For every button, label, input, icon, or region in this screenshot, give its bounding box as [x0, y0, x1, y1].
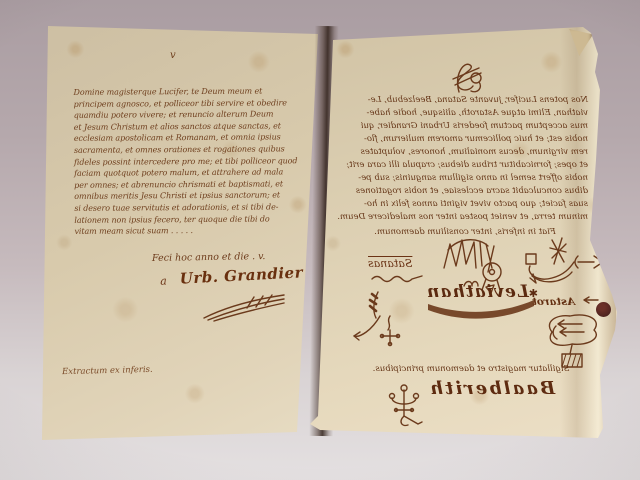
urbain-grandier-signature: Urb. Grandier — [179, 263, 303, 287]
text-line: suas faciet; quo pacto vivet viginti ann… — [342, 198, 588, 211]
satanas-script: Satanas — [368, 257, 412, 270]
lucifer-swoosh-sigil-icon — [350, 286, 414, 350]
dateline: Feci hoc anno et die . v. — [152, 251, 266, 264]
text-line: rem virginum, decus monialium, honores, … — [342, 146, 588, 159]
signature-prefix: a — [160, 274, 167, 287]
leviathan-signature: Leviathan✱ — [426, 282, 538, 316]
right-page-demon-pact: Nos potens Lucifer, juvante Satana, Beel… — [308, 24, 620, 446]
text-line: si desero tuae servitutis et adorationis… — [74, 201, 312, 214]
pact-latin-text: Domine magisterque Lucifer, te Deum meum… — [73, 85, 312, 237]
registrar-line: Sigillatur magistro et daemonum principi… — [356, 364, 586, 374]
signature-row: a Urb. Grandier — [160, 262, 304, 288]
signature-flourish-icon — [202, 292, 288, 322]
text-line: Nos potens Lucifer, juvante Satana, Beel… — [342, 94, 588, 107]
astaroth-signature: Astarot — [532, 290, 600, 309]
text-line: nobis offert semel in anno sigillum sang… — [342, 172, 588, 185]
satanas-signature: Satanas — [368, 252, 426, 285]
text-line: dibus conculcabit sacra ecclesiae, et no… — [342, 185, 588, 198]
folded-corner — [568, 26, 593, 56]
lucifer-cipher-monogram-icon — [448, 56, 486, 98]
mirror-latin-text: Nos potens Lucifer, juvante Satana, Beel… — [342, 94, 588, 224]
astaroth-balloon-seal-icon — [542, 312, 606, 370]
left-page-grandier-pact: v Domine magisterque Lucifer, te Deum me… — [42, 24, 320, 444]
text-line: minum terra, et veniet postea inter nos … — [342, 211, 588, 224]
leviathan-script: Leviathan — [426, 282, 529, 302]
extractum-footnote: Extractum ex inferis. — [62, 365, 153, 377]
baalberith-trident-sigil-icon — [384, 382, 424, 430]
baalberith-script: Baalberith — [428, 378, 555, 399]
top-ink-mark: v — [170, 50, 176, 61]
text-line: principem agnosco, et polliceor tibi ser… — [74, 97, 312, 110]
satanas-wavy-tail-icon — [368, 271, 426, 285]
red-wax-spot-icon — [596, 302, 611, 317]
text-line: viathan, Elimi atque Astaroth, aliisque,… — [342, 107, 588, 120]
text-line: vitam meam sicut suam . . . . . — [74, 224, 312, 237]
text-line: nobis est; et huic pollicemur amorem mul… — [342, 133, 588, 146]
text-line: mus acceptum pactum foederis Urbani Gran… — [342, 120, 588, 133]
astaroth-script: Astarot — [532, 296, 575, 308]
text-line: et opes; fornicabitur tribus diebus; cra… — [342, 159, 588, 172]
text-line: sacramenta, et omnes orationes et rogati… — [74, 143, 312, 156]
photograph-of-pact-manuscript: v Domine magisterque Lucifer, te Deum me… — [0, 0, 640, 480]
